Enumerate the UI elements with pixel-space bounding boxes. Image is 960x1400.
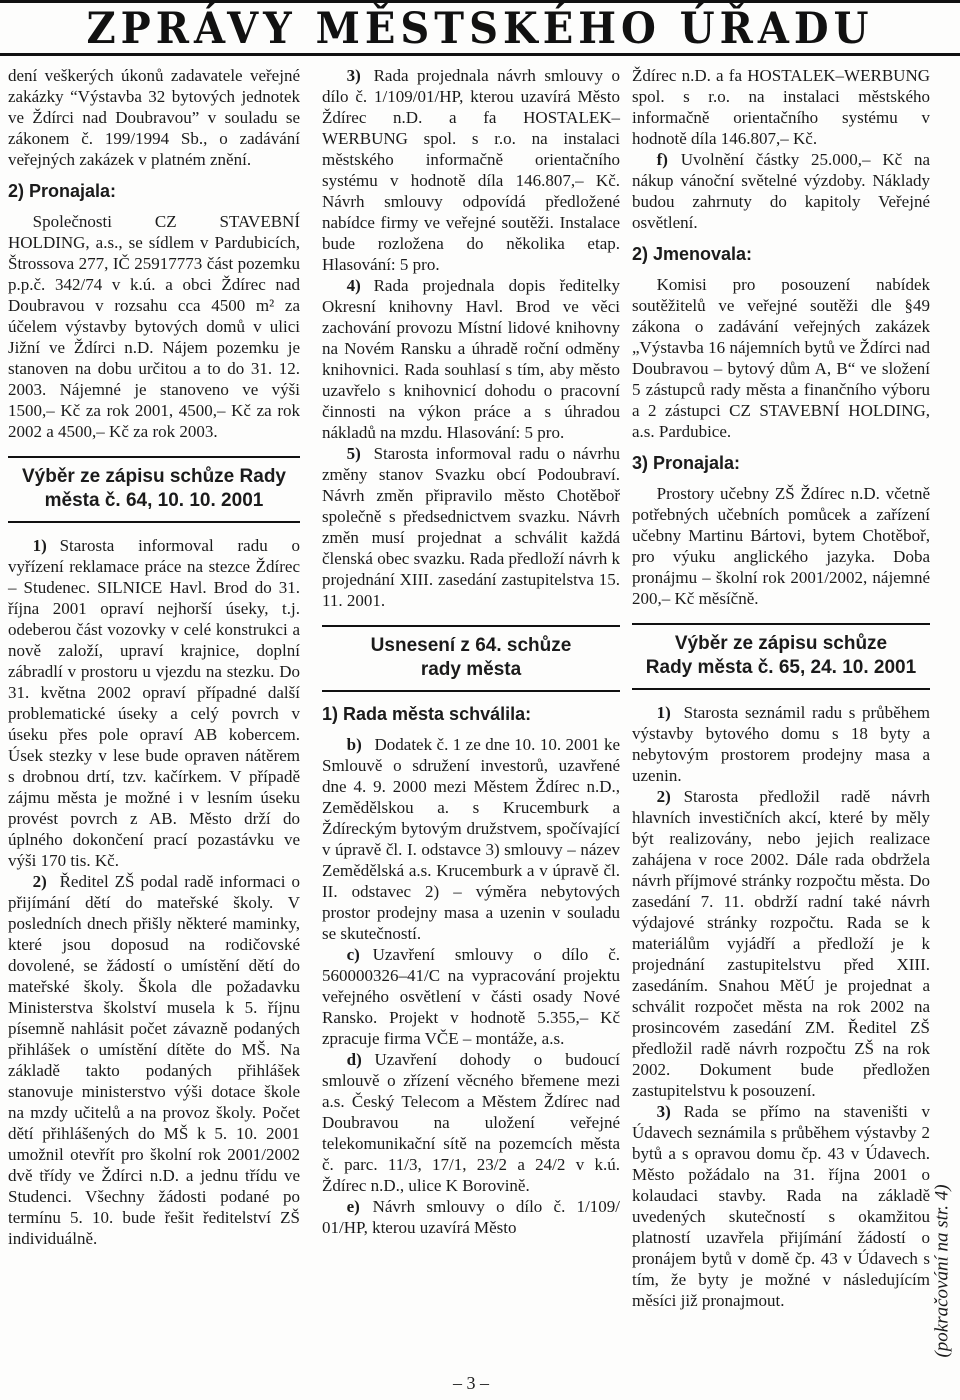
column-1: dení veškerých úkonů zadavatele veřejné … [8, 65, 300, 1311]
masthead: ZPRÁVY MĚSTSKÉHO ÚŘADU [0, 0, 960, 56]
paragraph-item: 5)Starosta informoval radu o návrhu změn… [322, 443, 620, 611]
paragraph-item: 3)Rada se přímo na staveništi v Údavech … [632, 1101, 930, 1311]
subheading-pronajala-3: 3) Pronajala: [632, 453, 930, 474]
item-letter: d) [347, 1050, 375, 1069]
continuation-note: (pokračování na str. 4) [926, 1145, 960, 1397]
item-text: Rada se přímo na staveništi v Údavech se… [632, 1102, 930, 1310]
item-text: Dodatek č. 1 ze dne 10. 10. 2001 ke Smlo… [322, 735, 620, 943]
paragraph-continuation: dení veškerých úkonů zadavatele veřejné … [8, 65, 300, 170]
column-2: 3)Rada projednala návrh smlouvy o dílo č… [322, 65, 620, 1311]
paragraph-item: 1)Starosta informoval radu o vyřízení re… [8, 535, 300, 871]
paragraph-continuation: Ždírec n.D. a fa HOSTALEK–WERBUNG spol. … [632, 65, 930, 149]
section-heading-usneseni: Usnesení z 64. schůze rady města [322, 625, 620, 692]
paragraph-item: 3)Rada projednala návrh smlouvy o dílo č… [322, 65, 620, 275]
item-text: Rada projednala dopis ředitelky Okresní … [322, 276, 620, 442]
item-text: Ředitel ZŠ podal radě informaci o přijím… [8, 872, 300, 1248]
paragraph-item: b)Dodatek č. 1 ze dne 10. 10. 2001 ke Sm… [322, 734, 620, 944]
item-text: Rada projednala návrh smlouvy o dílo č. … [322, 66, 620, 274]
item-number: 4) [347, 276, 374, 295]
page-title: ZPRÁVY MĚSTSKÉHO ÚŘADU [86, 3, 873, 54]
item-number: 3) [347, 66, 374, 85]
subheading-pronajala: 2) Pronajala: [8, 181, 300, 202]
item-number: 1) [657, 703, 684, 722]
paragraph-item: 2)Ředitel ZŠ podal radě informaci o přij… [8, 871, 300, 1249]
item-text: Starosta předložil radě návrh hlavních i… [632, 787, 930, 1100]
columns: dení veškerých úkonů zadavatele veřejné … [0, 56, 960, 1311]
newsletter-page: ZPRÁVY MĚSTSKÉHO ÚŘADU dení veškerých úk… [0, 0, 960, 1400]
item-text: Starosta informoval radu o vyřízení rekl… [8, 536, 300, 870]
item-text: Starosta informoval radu o návrhu změny … [322, 444, 620, 610]
paragraph-item: f)Uvolnění částky 25.000,– Kč na nákup v… [632, 149, 930, 233]
item-number: 1) [33, 536, 60, 555]
item-number: 2) [33, 872, 60, 891]
item-letter: c) [347, 945, 373, 964]
item-letter: e) [347, 1197, 373, 1216]
paragraph: Společnosti CZ STAVEBNÍ HOLDING, a.s., s… [8, 211, 300, 442]
paragraph-item: e)Návrh smlouvy o dílo č. 1/109/ 01/HP, … [322, 1196, 620, 1238]
section-heading-rada-64: Výběr ze zápisu schůze Rady města č. 64,… [8, 456, 300, 523]
page-number: – 3 – [322, 1373, 620, 1394]
item-letter: b) [347, 735, 375, 754]
subheading-schvalila: 1) Rada města schválila: [322, 704, 620, 725]
paragraph-item: 4)Rada projednala dopis ředitelky Okresn… [322, 275, 620, 443]
subheading-jmenovala: 2) Jmenovala: [632, 244, 930, 265]
item-number: 2) [657, 787, 684, 806]
column-3: Ždírec n.D. a fa HOSTALEK–WERBUNG spol. … [632, 65, 930, 1311]
item-text: Uzavření dohody o budoucí smlouvě o zříz… [322, 1050, 620, 1195]
paragraph-item: d)Uzavření dohody o budoucí smlouvě o zř… [322, 1049, 620, 1196]
paragraph-item: 1)Starosta seznámil radu s průběhem výst… [632, 702, 930, 786]
paragraph: Prostory učebny ZŠ Ždírec n.D. včetně po… [632, 483, 930, 609]
section-heading-rada-65: Výběr ze zápisu schůze Rady města č. 65,… [632, 623, 930, 690]
item-letter: f) [657, 150, 681, 169]
paragraph: Komisi pro posouzení nabídek soutěžitelů… [632, 274, 930, 442]
item-number: 3) [657, 1102, 684, 1121]
paragraph-item: 2)Starosta předložil radě návrh hlavních… [632, 786, 930, 1101]
continuation-note-text: (pokračování na str. 4) [932, 1184, 954, 1357]
paragraph-item: c)Uzavření smlouvy o dílo č. 560000326–4… [322, 944, 620, 1049]
item-number: 5) [347, 444, 374, 463]
